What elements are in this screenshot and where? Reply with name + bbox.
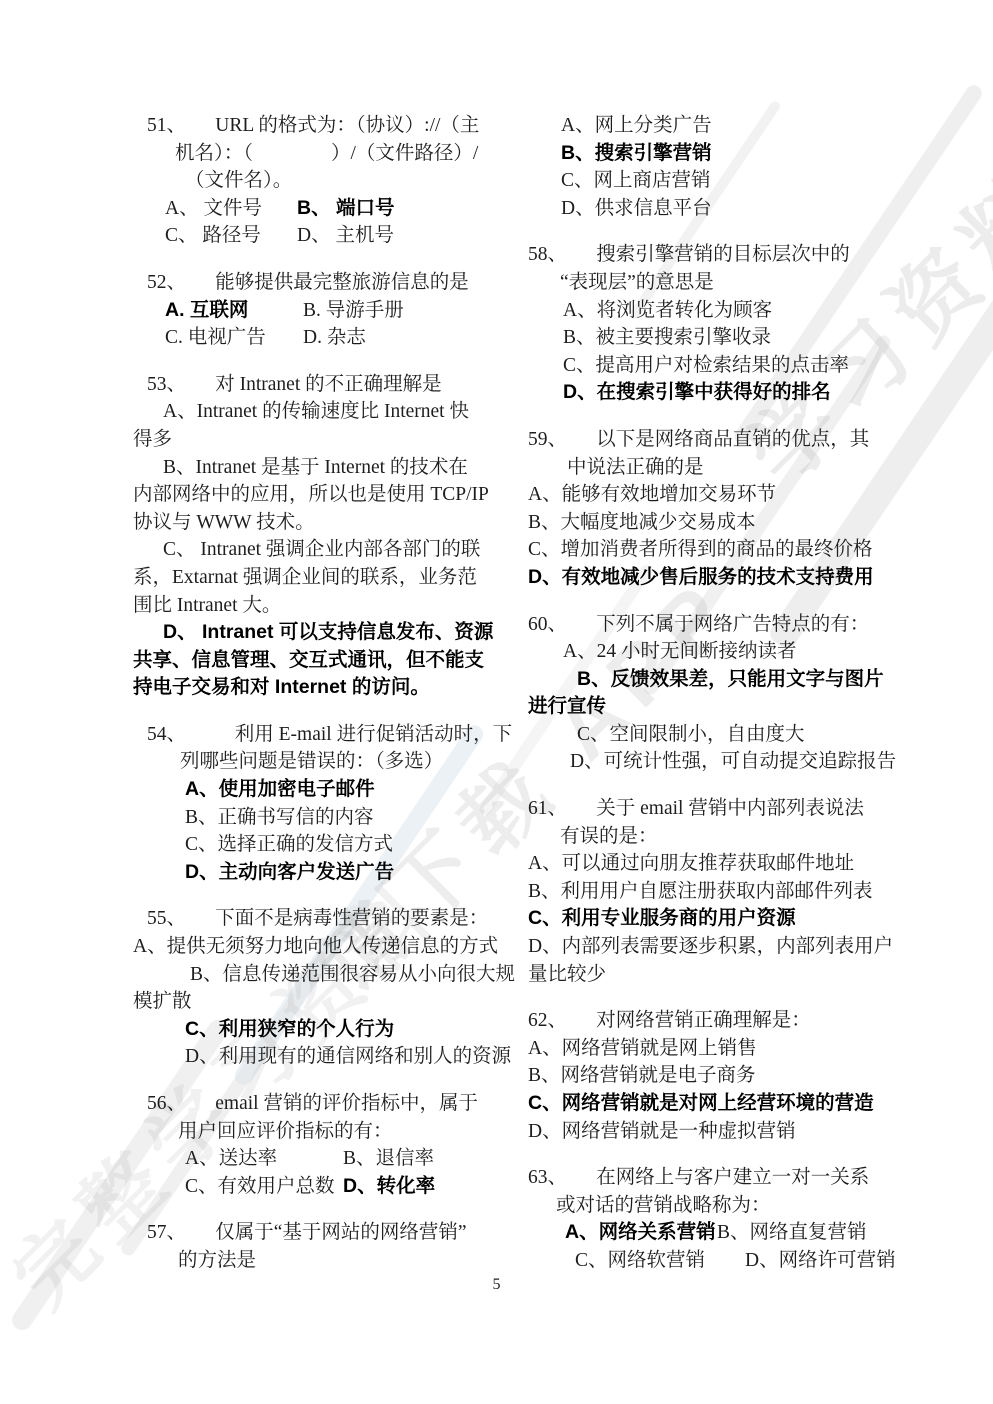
question-line: 用户回应评价指标的有：	[133, 1118, 515, 1146]
question-line: D、主动向客户发送广告	[133, 859, 515, 887]
question-line: 59、 以下是网络商品直销的优点，其	[528, 426, 898, 454]
question-line: 55、 下面不是病毒性营销的要素是：	[133, 905, 515, 933]
question-q51: 51、 URL 的格式为：（协议）://（主机名）：（ ）/（文件路径）/（文件…	[133, 112, 515, 250]
question-line: B、搜索引擎营销	[528, 140, 898, 168]
question-line: 51、 URL 的格式为：（协议）://（主	[133, 112, 515, 140]
question-line: D、在搜索引擎中获得好的排名	[528, 379, 898, 407]
question-line: D、可统计性强，可自动提交追踪报告	[528, 748, 898, 776]
question-line: A、网络关系营销B、网络直复营销	[528, 1219, 898, 1247]
question-line: C、 Intranet 强调企业内部各部门的联	[133, 536, 515, 564]
question-line: 持电子交易和对 Internet 的访问。	[133, 674, 515, 702]
question-line: 54、 利用 E-mail 进行促销活动时，下	[133, 721, 515, 749]
question-q53: 53、 对 Intranet 的不正确理解是A、Intranet 的传输速度比 …	[133, 371, 515, 702]
question-line: B、Intranet 是基于 Internet 的技术在	[133, 454, 515, 482]
question-line: 53、 对 Intranet 的不正确理解是	[133, 371, 515, 399]
question-line: C、利用狭窄的个人行为	[133, 1016, 515, 1044]
question-line: 围比 Intranet 大。	[133, 592, 515, 620]
page-number: 5	[0, 1276, 993, 1294]
question-line: 58、 搜索引擎营销的目标层次中的	[528, 241, 898, 269]
question-line: C、利用专业服务商的用户资源	[528, 905, 898, 933]
option-segment: C、有效用户总数	[185, 1173, 343, 1201]
question-q63: 63、 在网络上与客户建立一对一关系或对话的营销战略称为：A、网络关系营销B、网…	[528, 1164, 898, 1274]
question-line: 列哪些问题是错误的：（多选）	[133, 748, 515, 776]
question-line: 模扩散	[133, 988, 515, 1016]
question-line: C、提高用户对检索结果的点击率	[528, 352, 898, 380]
option-segment: A. 互联网	[165, 297, 303, 325]
question-q56: 56、 email 营销的评价指标中，属于用户回应评价指标的有：A、送达率B、退…	[133, 1090, 515, 1200]
option-segment: C、 路径号	[165, 222, 297, 250]
question-line: 61、 关于 email 营销中内部列表说法	[528, 795, 898, 823]
question-line: 的方法是	[133, 1247, 515, 1275]
question-line: B、利用用户自愿注册获取内部邮件列表	[528, 878, 898, 906]
question-line: 60、 下列不属于网络广告特点的有：	[528, 611, 898, 639]
question-line: 63、 在网络上与客户建立一对一关系	[528, 1164, 898, 1192]
question-line: B、网络营销就是电子商务	[528, 1062, 898, 1090]
question-line: （文件名）。	[133, 167, 515, 195]
question-q62: 62、 对网络营销正确理解是：A、网络营销就是网上销售B、网络营销就是电子商务C…	[528, 1007, 898, 1145]
question-q52: 52、 能够提供最完整旅游信息的是A. 互联网B. 导游手册C. 电视广告D. …	[133, 269, 515, 352]
question-line: 系，Extarnat 强调企业间的联系，业务范	[133, 564, 515, 592]
question-line: 进行宣传	[528, 693, 898, 721]
question-line: A、 文件号B、 端口号	[133, 195, 515, 223]
exam-page: 学习资料 请下载 APP 完整学习资料 51、 URL 的格式为：（协议）://…	[0, 0, 993, 1404]
question-line: A、使用加密电子邮件	[133, 776, 515, 804]
question-line: 57、 仅属于“基于网站的网络营销”	[133, 1219, 515, 1247]
option-segment: C. 电视广告	[165, 324, 303, 352]
question-line: 52、 能够提供最完整旅游信息的是	[133, 269, 515, 297]
question-line: B、信息传递范围很容易从小向很大规	[133, 961, 515, 989]
question-q57-options: A、网上分类广告B、搜索引擎营销C、网上商店营销D、供求信息平台	[528, 112, 898, 222]
question-line: 量比较少	[528, 961, 898, 989]
question-line: D、内部列表需要逐步积累，内部列表用户	[528, 933, 898, 961]
question-line: A、送达率B、退信率	[133, 1145, 515, 1173]
question-q55: 55、 下面不是病毒性营销的要素是：A、提供无须努力地向他人传递信息的方式B、信…	[133, 905, 515, 1071]
question-line: 62、 对网络营销正确理解是：	[528, 1007, 898, 1035]
question-q60: 60、 下列不属于网络广告特点的有：A、24 小时无间断接纳读者B、反馈效果差，…	[528, 611, 898, 777]
question-line: C、网上商店营销	[528, 167, 898, 195]
question-line: A、24 小时无间断接纳读者	[528, 638, 898, 666]
question-line: “表现层”的意思是	[528, 269, 898, 297]
question-line: 内部网络中的应用，所以也是使用 TCP/IP	[133, 481, 515, 509]
question-line: A. 互联网B. 导游手册	[133, 297, 515, 325]
option-segment: D、网络许可营销	[745, 1247, 896, 1275]
question-line: C、网络营销就是对网上经营环境的营造	[528, 1090, 898, 1118]
option-segment: A、 文件号	[165, 195, 297, 223]
question-line: C、选择正确的发信方式	[133, 831, 515, 859]
question-line: 共享、信息管理、交互式通讯，但不能支	[133, 647, 515, 675]
question-line: A、能够有效地增加交易环节	[528, 481, 898, 509]
question-q57: 57、 仅属于“基于网站的网络营销”的方法是	[133, 1219, 515, 1274]
question-line: D、网络营销就是一种虚拟营销	[528, 1118, 898, 1146]
question-line: B、大幅度地减少交易成本	[528, 509, 898, 537]
option-segment: B、网络直复营销	[717, 1219, 867, 1247]
question-q54: 54、 利用 E-mail 进行促销活动时，下列哪些问题是错误的：（多选）A、使…	[133, 721, 515, 887]
question-line: B、被主要搜索引擎收录	[528, 324, 898, 352]
option-segment: B、 端口号	[297, 195, 395, 223]
question-line: 或对话的营销战略称为：	[528, 1192, 898, 1220]
option-segment: B. 导游手册	[303, 297, 404, 325]
question-line: A、网络营销就是网上销售	[528, 1035, 898, 1063]
question-line: C、网络软营销D、网络许可营销	[528, 1247, 898, 1275]
question-line: C、增加消费者所得到的商品的最终价格	[528, 536, 898, 564]
question-q61: 61、 关于 email 营销中内部列表说法有误的是：A、可以通过向朋友推荐获取…	[528, 795, 898, 988]
question-line: D、供求信息平台	[528, 195, 898, 223]
option-segment: D、转化率	[343, 1173, 435, 1201]
question-q59: 59、 以下是网络商品直销的优点，其中说法正确的是A、能够有效地增加交易环节B、…	[528, 426, 898, 592]
option-segment: A、送达率	[185, 1145, 343, 1173]
question-line: 机名）：（ ）/（文件路径）/	[133, 140, 515, 168]
question-line: 中说法正确的是	[528, 454, 898, 482]
question-line: D、利用现有的通信网络和别人的资源	[133, 1043, 515, 1071]
question-line: A、网上分类广告	[528, 112, 898, 140]
question-line: 有误的是：	[528, 823, 898, 851]
question-q58: 58、 搜索引擎营销的目标层次中的“表现层”的意思是A、将浏览者转化为顾客B、被…	[528, 241, 898, 407]
option-segment: B、退信率	[343, 1145, 434, 1173]
right-column: A、网上分类广告B、搜索引擎营销C、网上商店营销D、供求信息平台58、 搜索引擎…	[528, 112, 898, 1294]
question-line: A、可以通过向朋友推荐获取邮件地址	[528, 850, 898, 878]
left-column: 51、 URL 的格式为：（协议）://（主机名）：（ ）/（文件路径）/（文件…	[133, 112, 515, 1294]
question-line: 协议与 WWW 技术。	[133, 509, 515, 537]
option-segment: A、网络关系营销	[565, 1219, 717, 1247]
question-line: A、Intranet 的传输速度比 Internet 快	[133, 398, 515, 426]
question-line: C、 路径号D、 主机号	[133, 222, 515, 250]
question-line: 得多	[133, 426, 515, 454]
question-line: C、有效用户总数D、转化率	[133, 1173, 515, 1201]
question-line: C、空间限制小，自由度大	[528, 721, 898, 749]
question-line: D、 Intranet 可以支持信息发布、资源	[133, 619, 515, 647]
question-line: C. 电视广告D. 杂志	[133, 324, 515, 352]
question-line: D、有效地减少售后服务的技术支持费用	[528, 564, 898, 592]
question-line: B、反馈效果差，只能用文字与图片	[528, 666, 898, 694]
question-line: 56、 email 营销的评价指标中，属于	[133, 1090, 515, 1118]
question-line: B、正确书写信的内容	[133, 804, 515, 832]
question-line: A、将浏览者转化为顾客	[528, 297, 898, 325]
question-line: A、提供无须努力地向他人传递信息的方式	[133, 933, 515, 961]
option-segment: C、网络软营销	[575, 1247, 745, 1275]
option-segment: D、 主机号	[297, 222, 394, 250]
option-segment: D. 杂志	[303, 324, 366, 352]
